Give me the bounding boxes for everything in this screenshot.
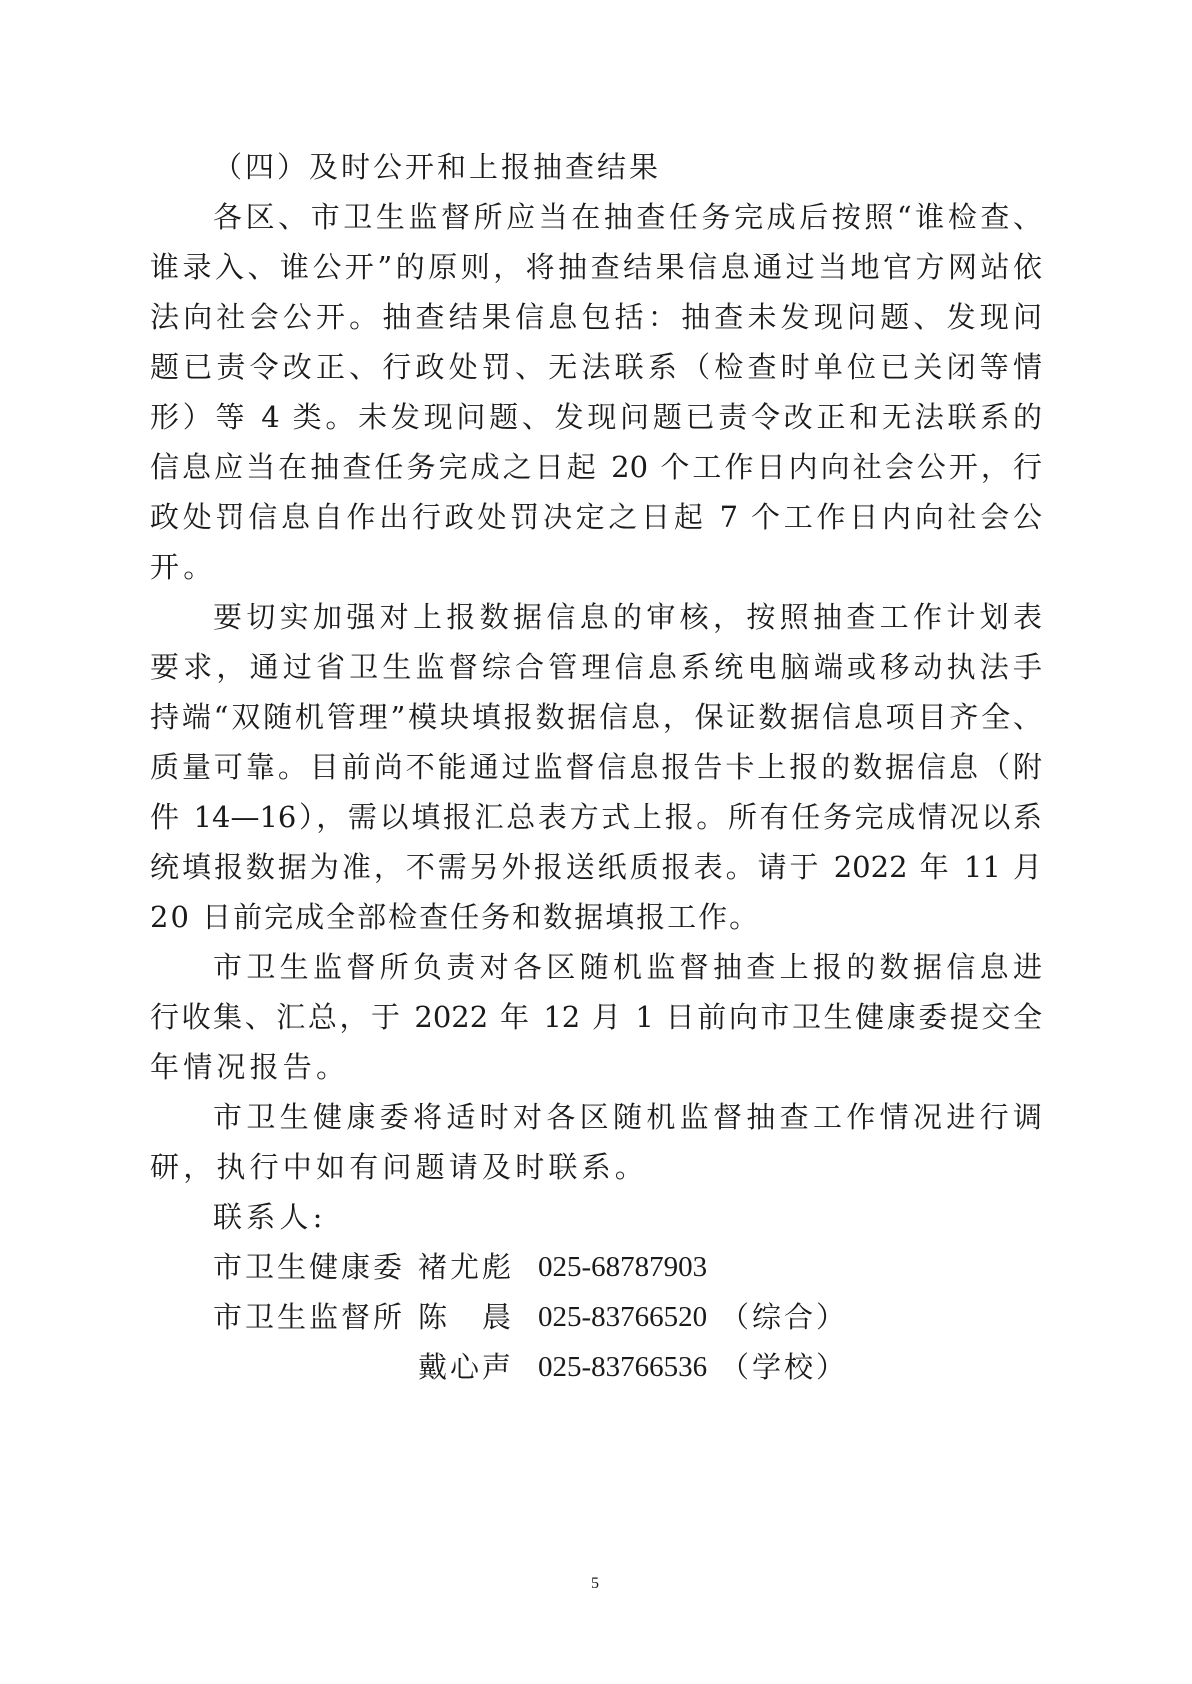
contact-phone: 025-83766520 <box>538 1297 707 1337</box>
contact-name: 戴心声 <box>418 1347 514 1387</box>
paragraph-2-line-3: 持端“双随机管理”模块填报数据信息，保证数据信息项目齐全、 <box>150 697 1042 737</box>
paragraph-1-line-8: 开。 <box>150 547 1042 587</box>
section-heading: （四）及时公开和上报抽查结果 <box>213 147 1042 187</box>
contact-phone: 025-68787903 <box>538 1247 707 1287</box>
contact-note: （学校） <box>720 1347 848 1387</box>
contacts-label: 联系人: <box>213 1197 1042 1237</box>
paragraph-2-line-5: 件 14—16），需以填报汇总表方式上报。所有任务完成情况以系 <box>150 797 1042 837</box>
paragraph-1-line-7: 政处罚信息自作出行政处罚决定之日起 7 个工作日内向社会公 <box>150 497 1042 537</box>
page-number: 5 <box>591 1575 599 1593</box>
paragraph-3-line-2: 行收集、汇总，于 2022 年 12 月 1 日前向市卫生健康委提交全 <box>150 997 1042 1037</box>
paragraph-2-line-7: 20 日前完成全部检查任务和数据填报工作。 <box>150 897 1042 937</box>
paragraph-2-line-1: 要切实加强对上报数据信息的审核，按照抽查工作计划表 <box>213 597 1042 637</box>
paragraph-1-line-1: 各区、市卫生监督所应当在抽查任务完成后按照“谁检查、 <box>213 197 1042 237</box>
contact-org: 市卫生健康委 <box>213 1247 405 1287</box>
contact-org: 市卫生监督所 <box>213 1297 405 1337</box>
contact-phone: 025-83766536 <box>538 1347 707 1387</box>
paragraph-4-line-1: 市卫生健康委将适时对各区随机监督抽查工作情况进行调 <box>213 1097 1042 1137</box>
paragraph-2-line-2: 要求，通过省卫生监督综合管理信息系统电脑端或移动执法手 <box>150 647 1042 687</box>
paragraph-2-line-4: 质量可靠。目前尚不能通过监督信息报告卡上报的数据信息（附 <box>150 747 1042 787</box>
paragraph-1-line-5: 形）等 4 类。未发现问题、发现问题已责令改正和无法联系的 <box>150 397 1042 437</box>
paragraph-1-line-3: 法向社会公开。抽查结果信息包括：抽查未发现问题、发现问 <box>150 297 1042 337</box>
contact-name: 陈 晨 <box>418 1297 514 1337</box>
paragraph-1-line-4: 题已责令改正、行政处罚、无法联系（检查时单位已关闭等情 <box>150 347 1042 387</box>
paragraph-1-line-2: 谁录入、谁公开”的原则，将抽查结果信息通过当地官方网站依 <box>150 247 1042 287</box>
paragraph-3-line-1: 市卫生监督所负责对各区随机监督抽查上报的数据信息进 <box>213 947 1042 987</box>
paragraph-1-line-6: 信息应当在抽查任务完成之日起 20 个工作日内向社会公开，行 <box>150 447 1042 487</box>
contact-name: 褚尤彪 <box>418 1247 514 1287</box>
paragraph-4-line-2: 研，执行中如有问题请及时联系。 <box>150 1147 1042 1187</box>
contact-note: （综合） <box>720 1297 848 1337</box>
paragraph-2-line-6: 统填报数据为准，不需另外报送纸质报表。请于 2022 年 11 月 <box>150 847 1042 887</box>
paragraph-3-line-3: 年情况报告。 <box>150 1047 1042 1087</box>
